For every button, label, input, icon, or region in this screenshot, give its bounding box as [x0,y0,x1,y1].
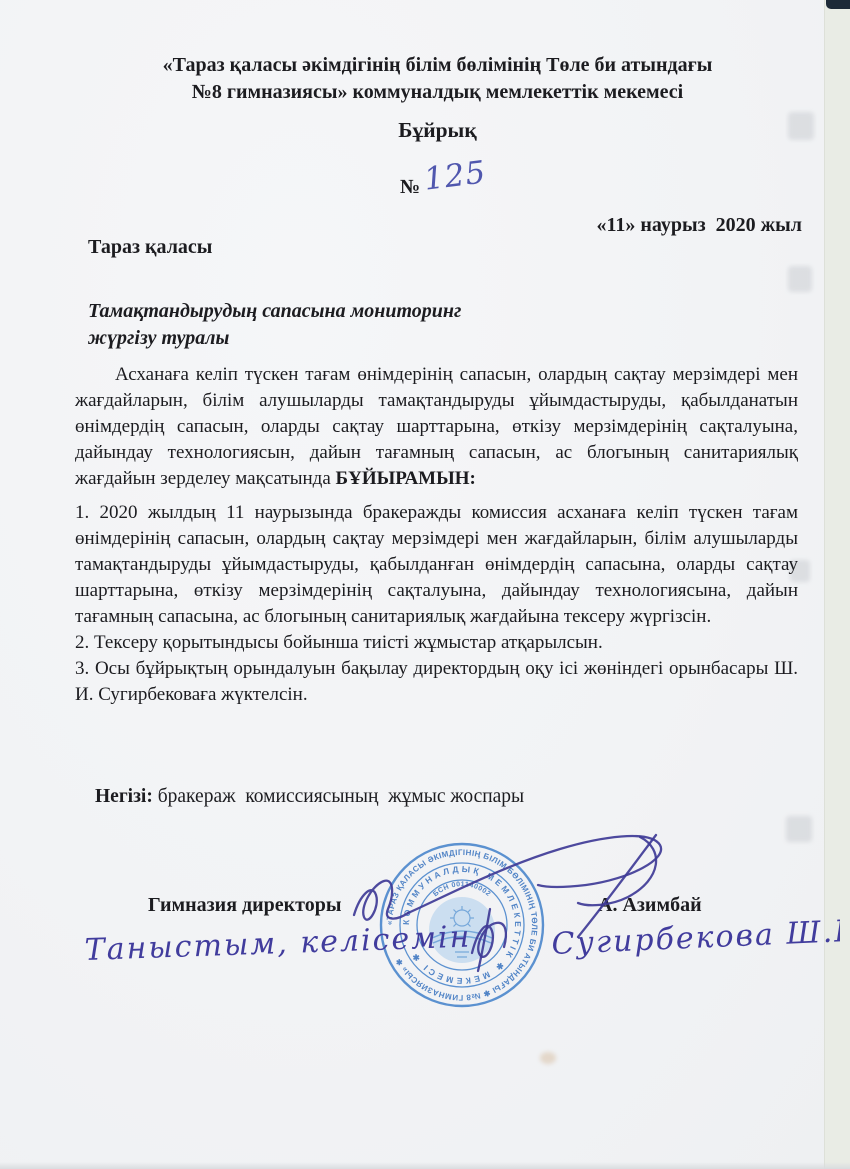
scanned-order-document: «Тараз қаласы әкімдігінің білім бөліміні… [0,0,850,1169]
document-title: Бұйрық [80,118,795,143]
acknowledgement-handwriting: Таныстым, келісемін [84,920,472,968]
corner-scan-artifact [826,0,850,9]
acknowledger-name-handwriting: Сугирбекова Ш.И [551,913,840,962]
basis-line: Негізі: бракераж комиссиясының жұмыс жос… [95,786,524,808]
org-name-line2: №8 гимназиясы» коммуналдық мемлекеттік м… [80,79,795,106]
basis-label: Негізі: [95,786,153,807]
bleedthrough-smudge [788,266,812,292]
order-number-label: № [400,176,420,199]
order-body: Асханаға келіп түскен тағам өнімдерінің … [75,362,798,708]
order-item-1: 1. 2020 жылдың 11 наурызында бракеражды … [75,500,798,630]
preamble-paragraph: Асханаға келіп түскен тағам өнімдерінің … [75,362,798,492]
subject-line2: жүргізу туралы [88,325,461,352]
handwritten-line: Таныстым, келісемін Сугирбекова Ш.И [40,900,840,995]
scan-bottom-shadow [0,1162,850,1169]
city-line: Тараз қаласы [88,236,212,259]
basis-text: бракераж комиссиясының жұмыс жоспары [153,786,524,807]
order-keyword: БҰЙЫРАМЫН: [336,468,476,489]
subject-heading: Тамақтандырудың сапасына мониторинг жүрг… [88,298,461,352]
order-item-3: 3. Осы бұйрықтың орындалуын бақылау дире… [75,656,798,708]
org-name-line1: «Тараз қаласы әкімдігінің білім бөліміні… [80,52,795,79]
order-item-2: 2. Тексеру қорытындысы бойынша тиісті жұ… [75,630,798,656]
signature-loop [578,837,656,905]
bleedthrough-smudge [786,816,812,842]
organization-name: «Тараз қаласы әкімдігінің білім бөліміні… [80,52,795,106]
date-line: «11» наурыз 2020 жыл [596,214,802,237]
subject-line1: Тамақтандырудың сапасына мониторинг [88,298,461,325]
paper-stain [540,1052,556,1064]
order-number-handwritten: 125 [422,154,488,197]
